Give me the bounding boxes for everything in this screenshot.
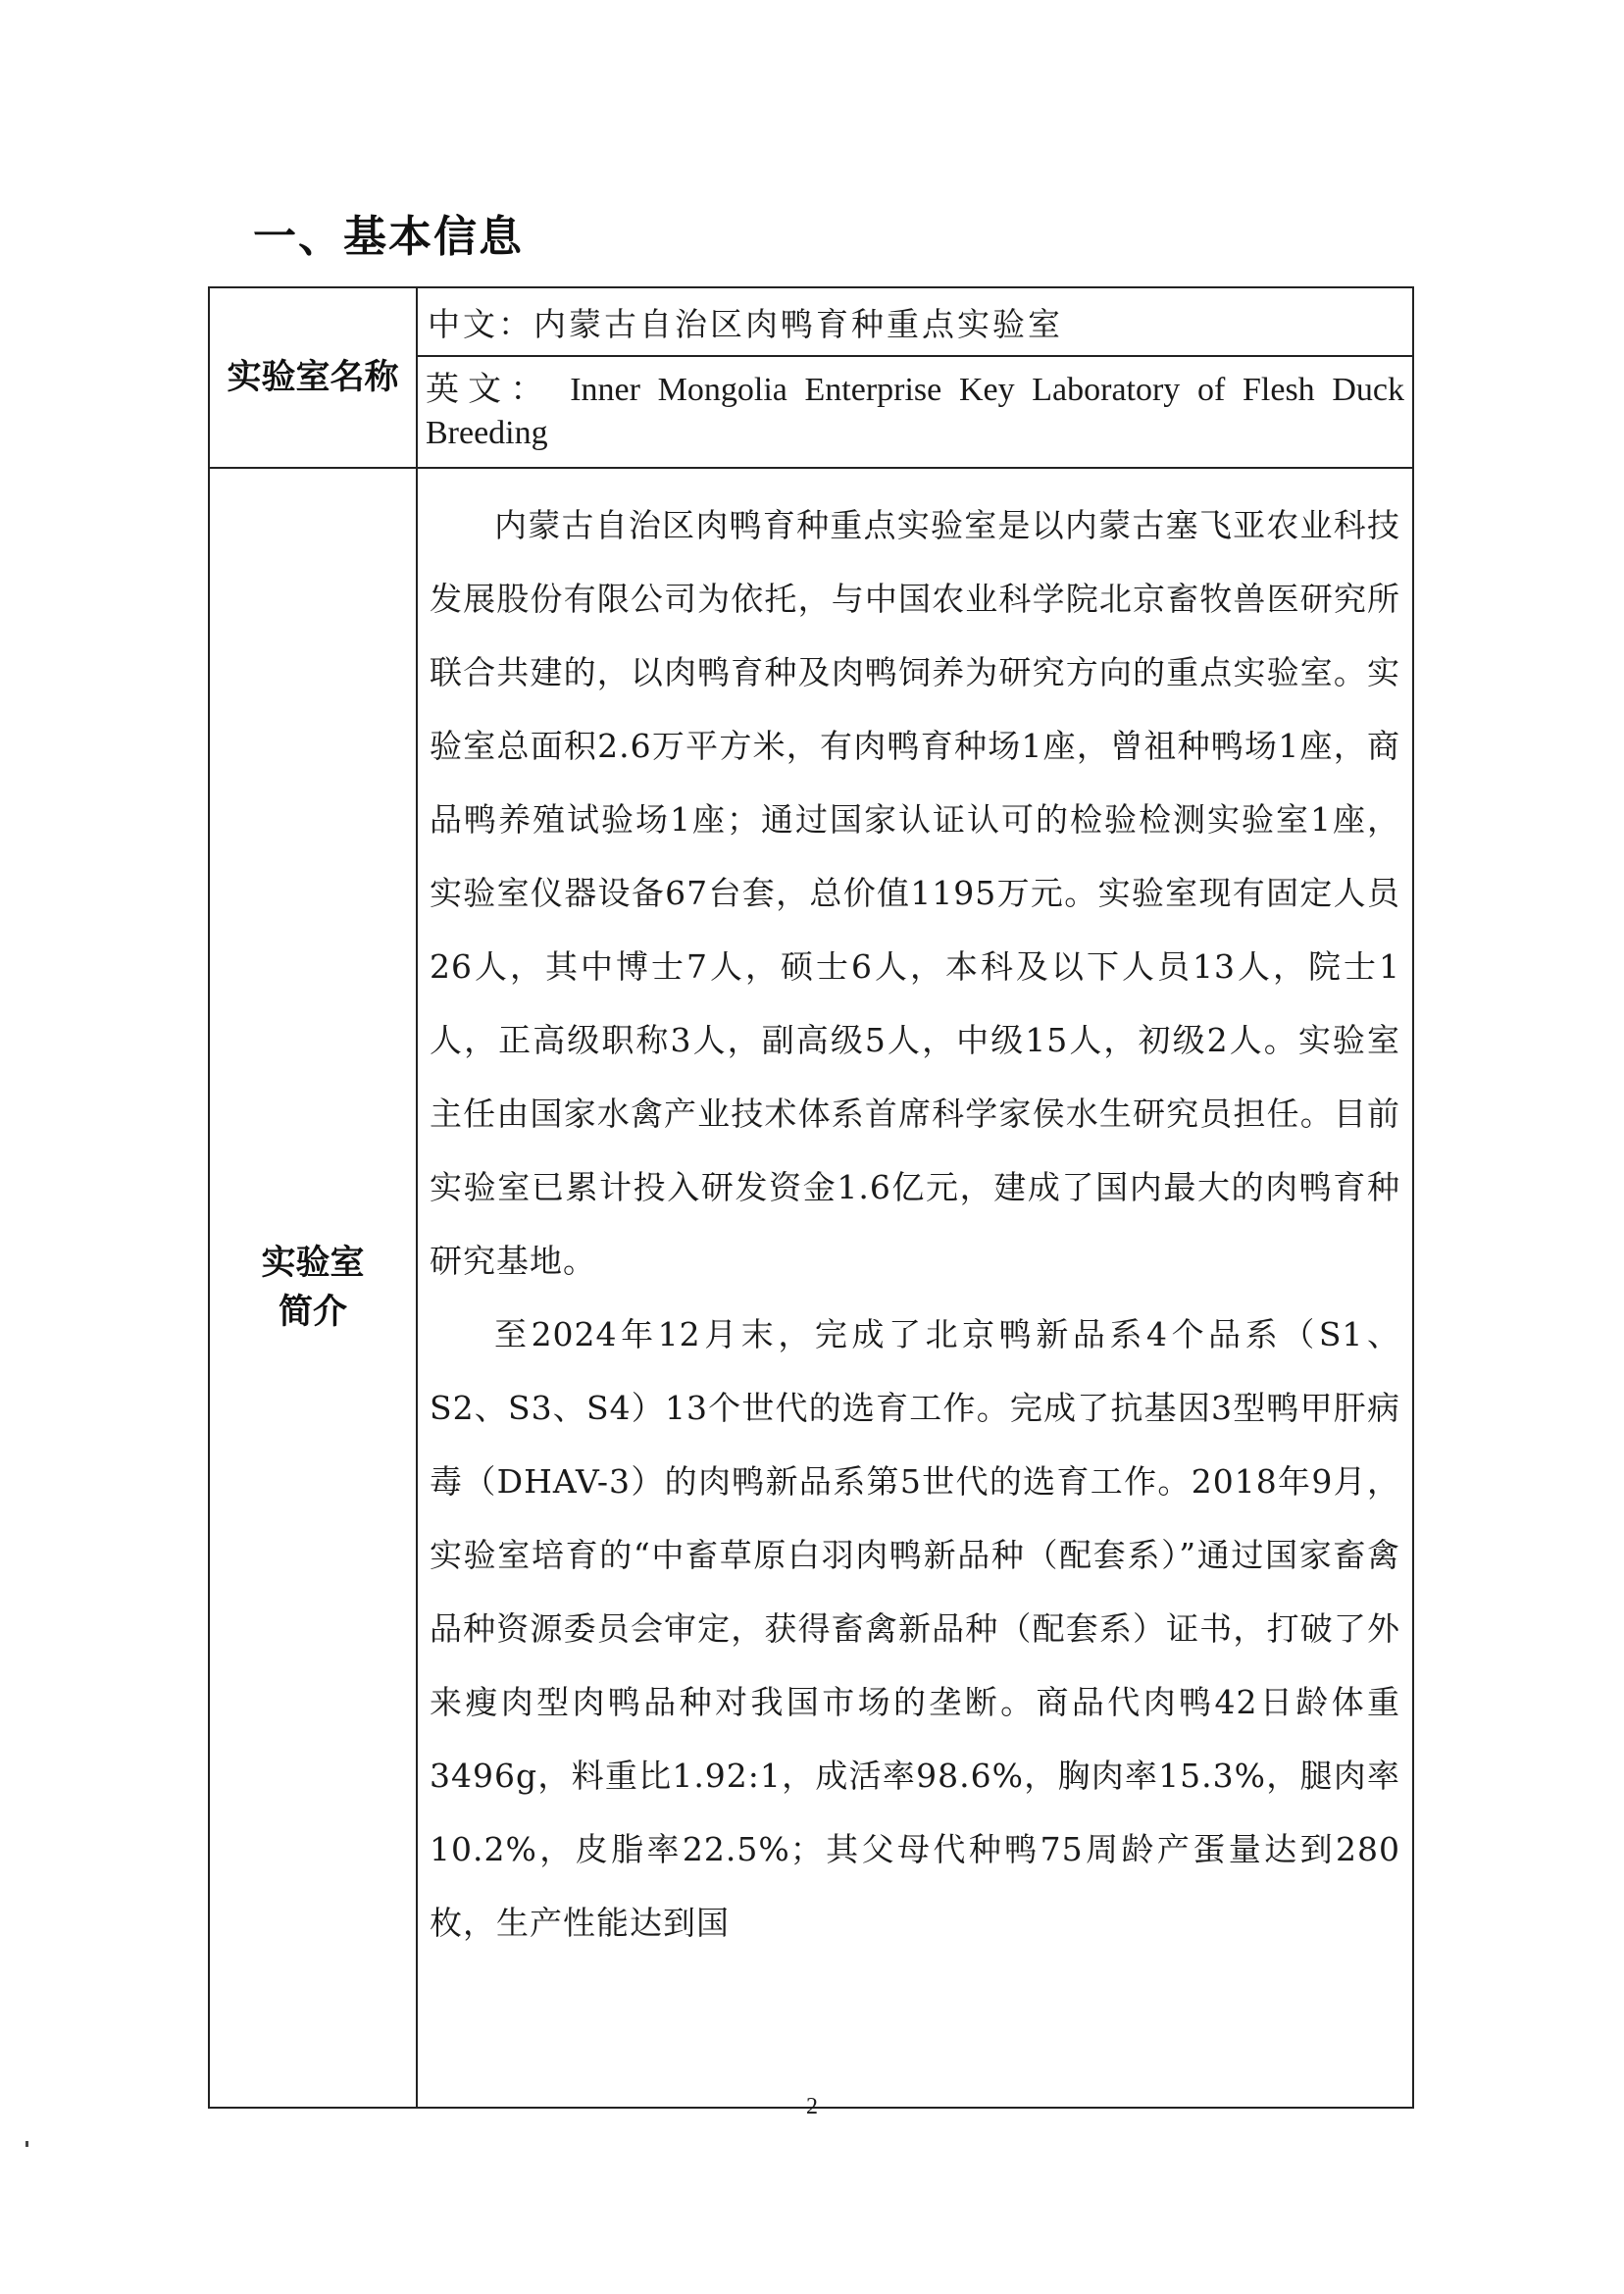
lab-name-english: 英文： Inner Mongolia Enterprise Key Labora… [417, 356, 1413, 468]
scan-artifact-mark [25, 2141, 28, 2147]
table-row-intro: 实验室 简介 内蒙古自治区肉鸭育种重点实验室是以内蒙古塞飞亚农业科技发展股份有限… [209, 468, 1413, 2108]
intro-paragraph: 至2024年12月末，完成了北京鸭新品系4个品系（S1、S2、S3、S4）13个… [430, 1298, 1400, 1960]
lab-intro-label: 实验室 简介 [209, 468, 417, 2108]
lab-intro-label-line2: 简介 [226, 1288, 400, 1337]
lab-intro-label-line1: 实验室 [226, 1239, 400, 1288]
basic-info-table: 实验室名称 中文：内蒙古自治区肉鸭育种重点实验室 英文： Inner Mongo… [208, 286, 1414, 2109]
page-number: 2 [0, 2094, 1624, 2120]
intro-paragraph: 内蒙古自治区肉鸭育种重点实验室是以内蒙古塞飞亚农业科技发展股份有限公司为依托，与… [430, 488, 1400, 1298]
table-row-name-chinese: 实验室名称 中文：内蒙古自治区肉鸭育种重点实验室 [209, 287, 1413, 356]
section-heading: 一、基本信息 [253, 201, 524, 264]
lab-name-label: 实验室名称 [209, 287, 417, 468]
lab-intro-content: 内蒙古自治区肉鸭育种重点实验室是以内蒙古塞飞亚农业科技发展股份有限公司为依托，与… [417, 468, 1413, 2108]
lab-name-chinese: 中文：内蒙古自治区肉鸭育种重点实验室 [417, 287, 1413, 356]
